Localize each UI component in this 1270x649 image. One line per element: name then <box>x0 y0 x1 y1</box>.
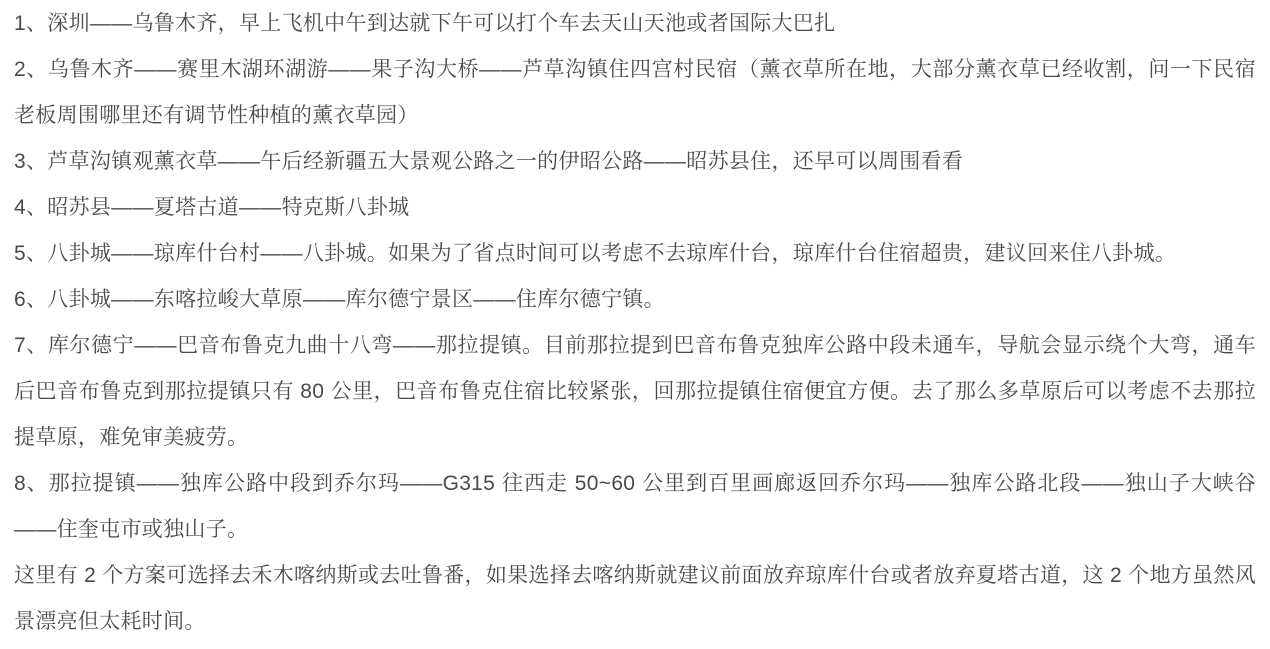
itinerary-item-day-3: 3、芦草沟镇观薰衣草——午后经新疆五大景观公路之一的伊昭公路——昭苏县住，还早可… <box>14 139 1256 185</box>
itinerary-plan-note: 这里有 2 个方案可选择去禾木喀纳斯或去吐鲁番，如果选择去喀纳斯就建议前面放弃琼… <box>14 553 1256 645</box>
itinerary-item-day-7: 7、库尔德宁——巴音布鲁克九曲十八弯——那拉提镇。目前那拉提到巴音布鲁克独库公路… <box>14 323 1256 461</box>
itinerary-item-day-5: 5、八卦城——琼库什台村——八卦城。如果为了省点时间可以考虑不去琼库什台，琼库什… <box>14 231 1256 277</box>
itinerary-item-day-6: 6、八卦城——东喀拉峻大草原——库尔德宁景区——住库尔德宁镇。 <box>14 277 1256 323</box>
itinerary-item-day-8: 8、那拉提镇——独库公路中段到乔尔玛——G315 往西走 50~60 公里到百里… <box>14 461 1256 553</box>
itinerary-item-day-2: 2、乌鲁木齐——赛里木湖环湖游——果子沟大桥——芦草沟镇住四宫村民宿（薰衣草所在… <box>14 47 1256 139</box>
itinerary-document: 1、深圳——乌鲁木齐，早上飞机中午到达就下午可以打个车去天山天池或者国际大巴扎 … <box>0 0 1270 649</box>
itinerary-item-day-4: 4、昭苏县——夏塔古道——特克斯八卦城 <box>14 185 1256 231</box>
itinerary-item-day-1: 1、深圳——乌鲁木齐，早上飞机中午到达就下午可以打个车去天山天池或者国际大巴扎 <box>14 1 1256 47</box>
